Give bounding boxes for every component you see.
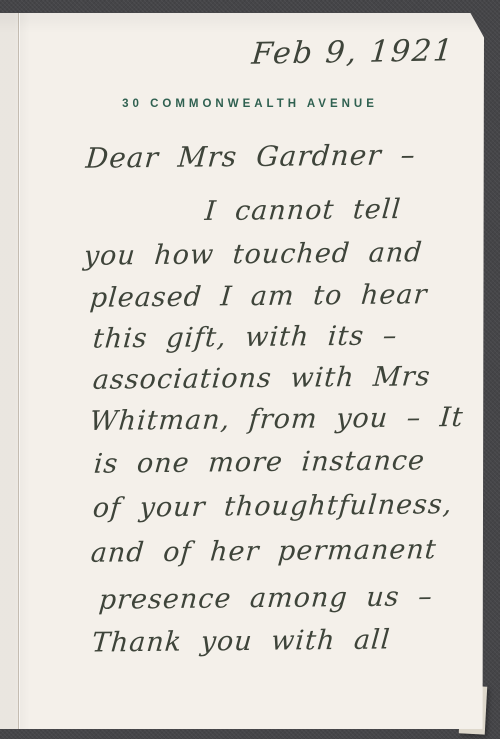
handwriting-line: Whitman, from you – It	[89, 402, 465, 437]
handwriting-line: associations with Mrs	[92, 361, 432, 396]
handwriting-line: presence among us –	[98, 581, 434, 615]
handwriting-line: is one more instance	[93, 445, 427, 479]
handwriting-line: Dear Mrs Gardner –	[85, 138, 417, 174]
letter-paper: Feb 9, 1921 30 COMMONWEALTH AVENUE Dear …	[0, 13, 484, 729]
handwriting-line: pleased I am to hear	[89, 279, 429, 314]
handwriting-line: I cannot tell	[204, 194, 403, 227]
letter-body: Dear Mrs Gardner – I cannot tell you how…	[0, 13, 484, 729]
handwriting-line: this gift, with its –	[92, 320, 399, 354]
handwriting-line: Thank you with all	[91, 624, 392, 658]
handwriting-line: you how touched and	[83, 237, 424, 272]
handwriting-line: of your thoughtfulness,	[92, 489, 454, 524]
handwriting-line: and of her permanent	[90, 534, 438, 569]
scan-background: Feb 9, 1921 30 COMMONWEALTH AVENUE Dear …	[0, 0, 500, 739]
